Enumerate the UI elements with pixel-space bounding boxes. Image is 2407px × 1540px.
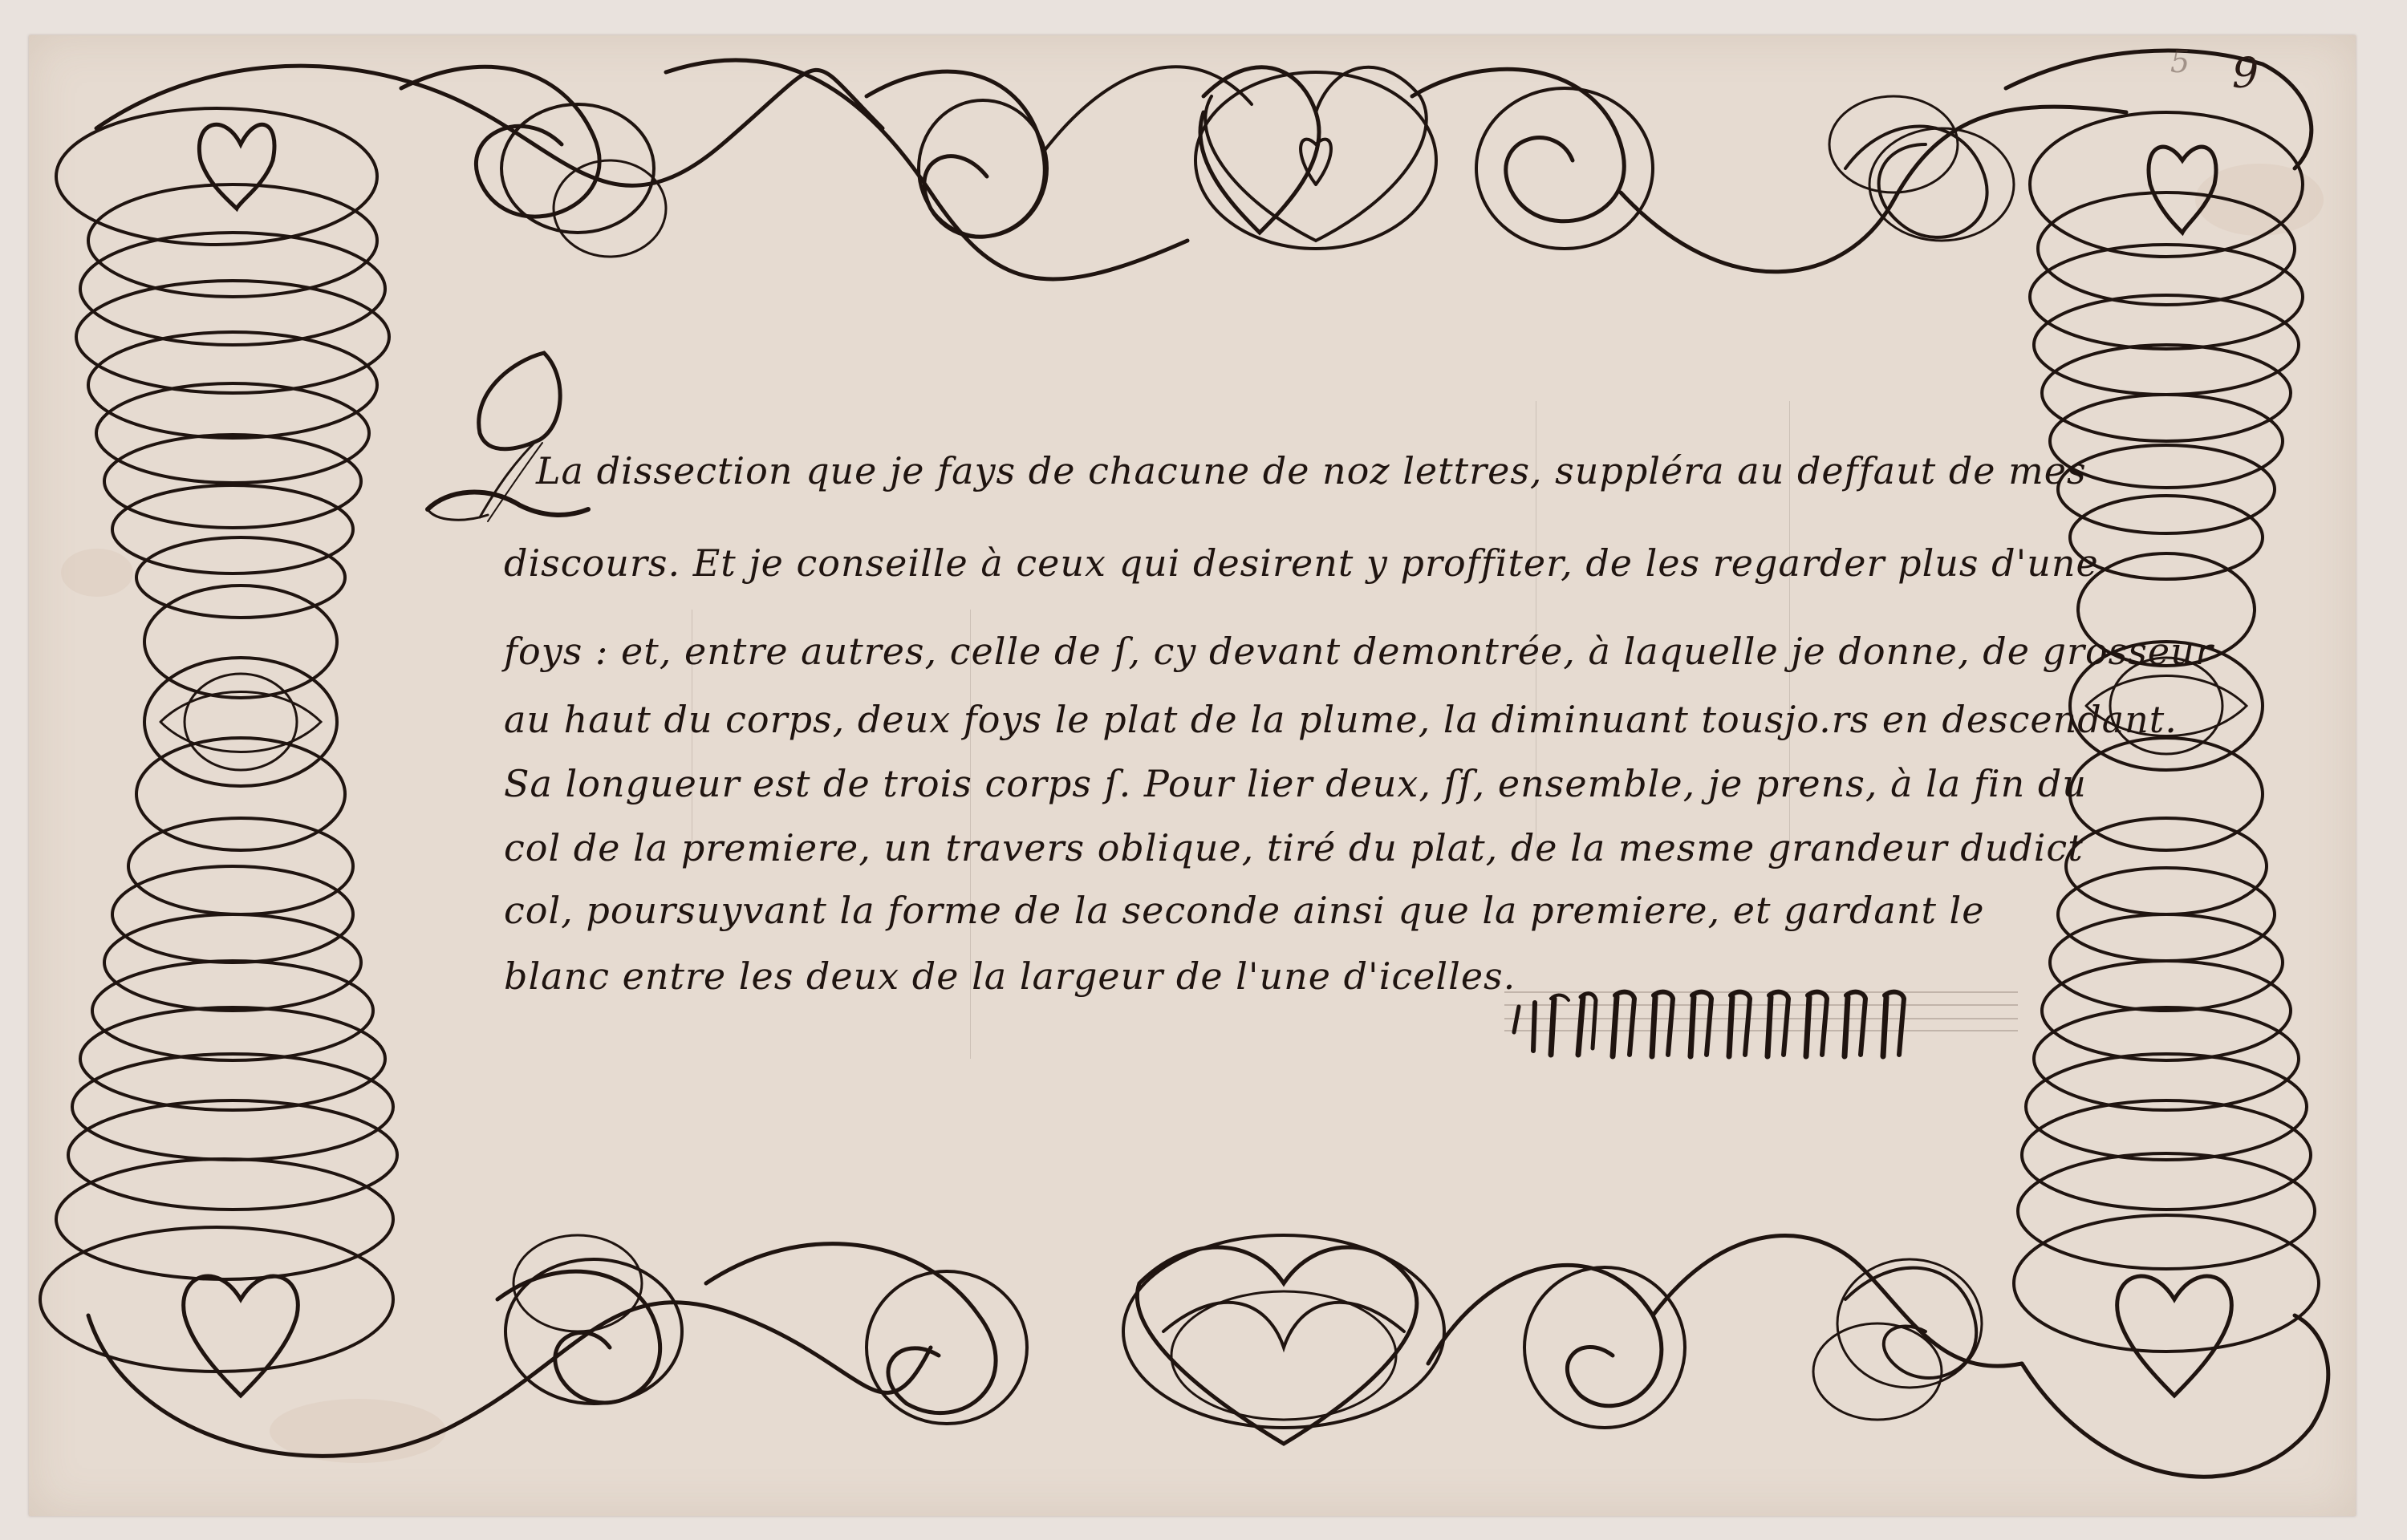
text-line-7: col, poursuyvant la forme de la seconde …	[504, 889, 1985, 932]
text-line-5: Sa longueur est de trois corps ſ. Pour l…	[504, 762, 2087, 805]
stroke-demonstration	[1504, 975, 2018, 1063]
page-number: 9	[2232, 50, 2259, 98]
text-line-1: La dissection que je fays de chacune de …	[536, 449, 2087, 492]
text-line-4: au haut du corps, deux foys le plat de l…	[504, 698, 2178, 741]
text-line-8: blanc entre les deux de la largeur de l'…	[504, 954, 1516, 998]
text-line-6: col de la premiere, un travers oblique, …	[504, 826, 2084, 869]
faint-page-number: 5	[2170, 44, 2190, 79]
drop-cap-flourish	[424, 345, 632, 537]
text-line-2: discours. Et je conseille à ceux qui des…	[504, 541, 2099, 585]
text-line-3: foys : et, entre autres, celle de ſ, cy …	[504, 630, 2214, 673]
